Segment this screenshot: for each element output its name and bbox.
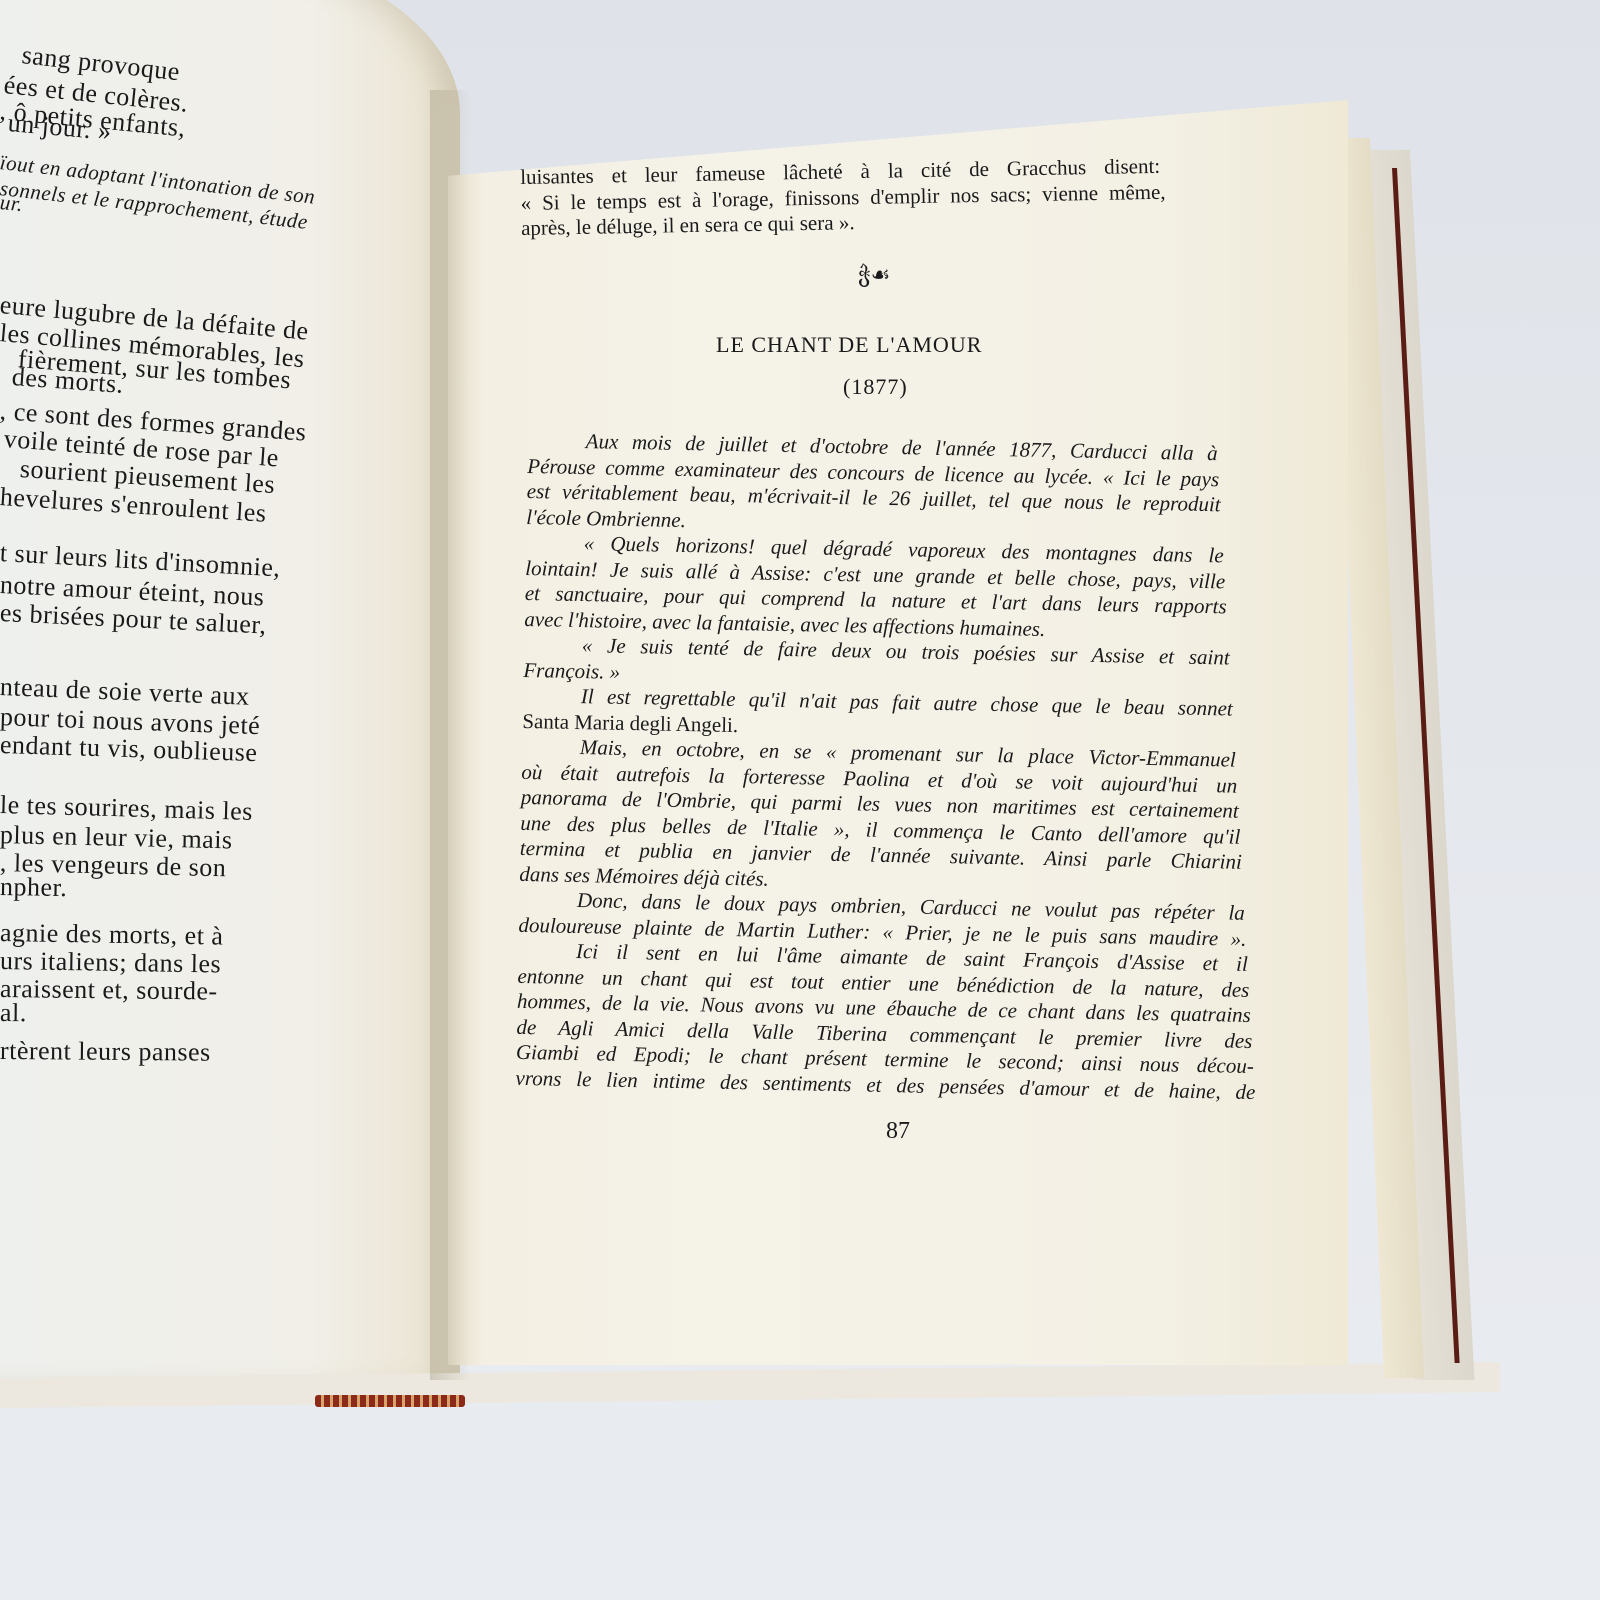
page-number: 87 (886, 1118, 910, 1145)
right-page-opening: luisantes et leur fameuse lâcheté à la c… (520, 152, 1281, 242)
left-page-text: sang provoqueées et de colères., ô petit… (0, 0, 360, 1100)
text-line: npher. (0, 872, 67, 903)
spine-headband (315, 1395, 465, 1407)
gutter-shadow (430, 90, 470, 1380)
right-page-body: Aux mois de juillet et d'octobre de l'an… (515, 428, 1218, 1104)
book-photo-scene: sang provoqueées et de colères., ô petit… (0, 0, 1600, 1600)
text-line: al. (0, 998, 27, 1028)
text-line: araissent et, sourde- (0, 974, 218, 1007)
chapter-year: (1877) (843, 374, 908, 400)
chapter-title: LE CHANT DE L'AMOUR (716, 332, 982, 358)
text-line: rtèrent leurs panses (0, 1036, 211, 1068)
text-line: ur. (0, 190, 24, 217)
fleuron-ornament-icon: ჭ☙ (858, 262, 890, 288)
